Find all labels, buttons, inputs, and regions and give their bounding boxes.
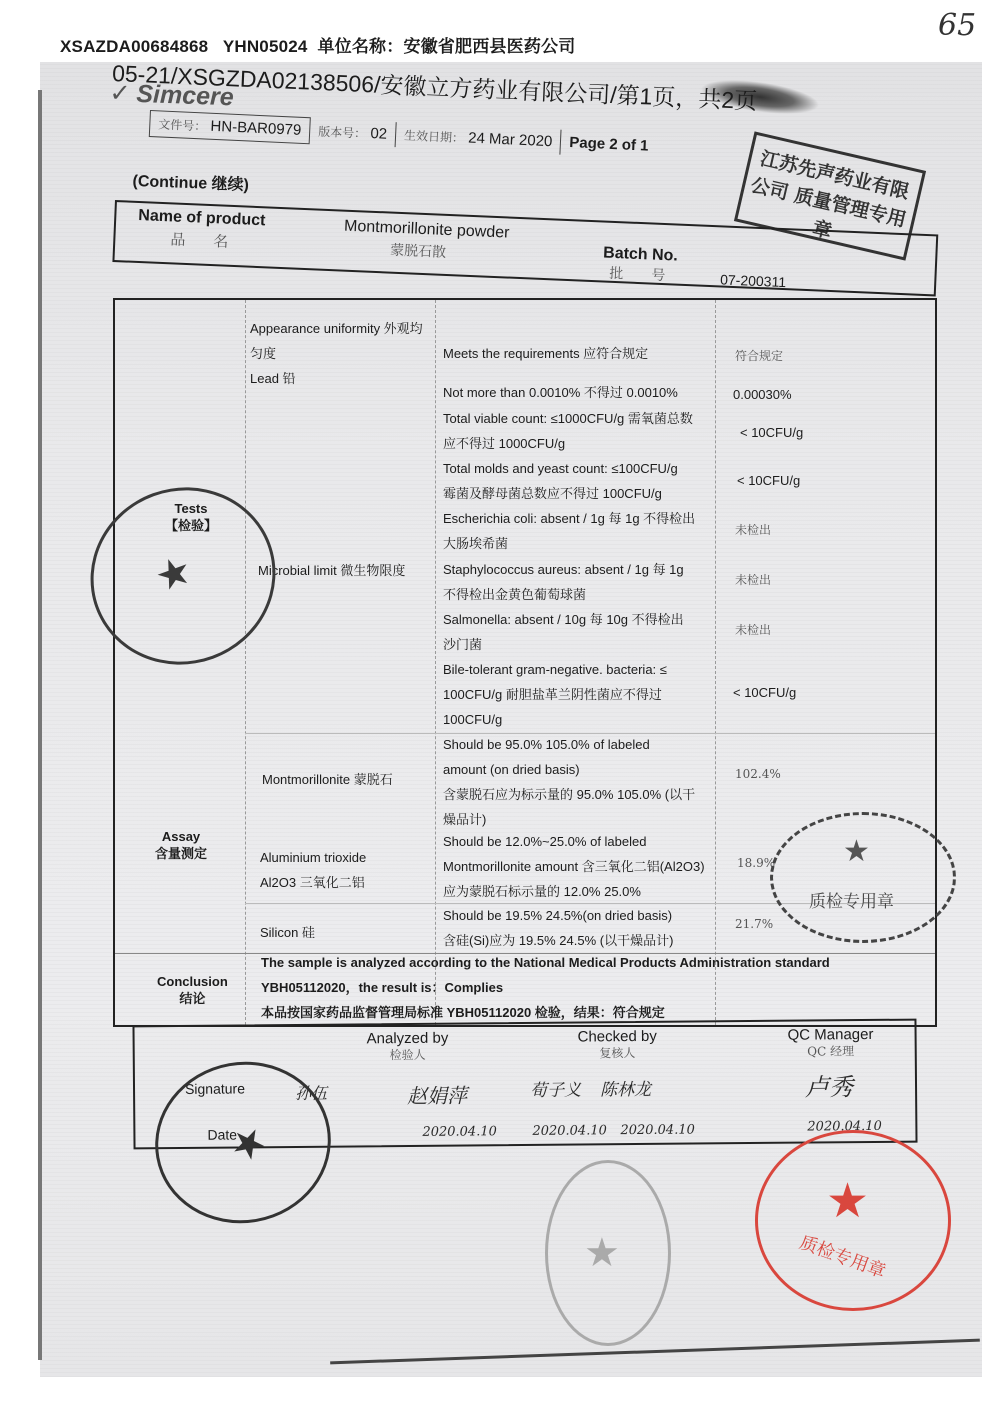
assay-result: 21.7% (735, 912, 773, 937)
continue-label: (Continue 继续) (132, 168, 249, 195)
test-result: 符合规定 (735, 344, 783, 369)
test-standard: 100CFU/g (443, 707, 502, 732)
page-indicator: Page 2 of 1 (561, 130, 657, 159)
assay-item: Al2O3 三氧化二铝 (260, 870, 365, 895)
assay-standard: 应为蒙脱石标示量的 12.0% 25.0% (443, 879, 641, 904)
product-name: Montmorillonite powder (344, 218, 510, 243)
batch-number: 07-200311 (720, 271, 787, 290)
top-banner: XSAZDA00684868 YHN05024 单位名称：安徽省肥西县医药公司 (60, 32, 575, 57)
test-standard: 不得检出金黄色葡萄球菌 (443, 582, 586, 607)
product-name-label: Name of product (138, 207, 266, 230)
test-result: 未检出 (735, 618, 771, 643)
test-standard: 100CFU/g 耐胆盐革兰阴性菌应不得过 (443, 682, 662, 707)
version: 版本号： 02 (310, 118, 397, 147)
banner-unit-name: 安徽省肥西县医药公司 (403, 37, 575, 56)
assay-standard: Should be 12.0%~25.0% of labeled (443, 829, 646, 854)
simcere-logo: ✓Simcere (109, 78, 234, 112)
test-result: 未检出 (735, 568, 771, 593)
test-result: < 10CFU/g (737, 468, 800, 493)
batch-label-cn: 批号 (609, 263, 694, 287)
test-item: Lead 铅 (250, 366, 296, 391)
divider (715, 300, 716, 1025)
test-result: 0.00030% (733, 382, 792, 407)
conclusion-line: The sample is analyzed according to the … (261, 950, 830, 975)
assay-standard: Should be 95.0% 105.0% of labeled (443, 732, 650, 757)
test-standard: 沙门菌 (443, 632, 482, 657)
star-icon: ★ (150, 549, 197, 599)
assay-result: 102.4% (735, 762, 781, 787)
assay-item: Aluminium trioxide (260, 845, 366, 870)
test-item: Appearance uniformity 外观均匀度 (250, 316, 430, 366)
assay-item: Montmorillonite 蒙脱石 (262, 767, 393, 792)
product-name-label-cn: 品名 (170, 228, 257, 253)
handwritten-page-number: 65 (938, 8, 976, 43)
test-standard: Salmonella: absent / 10g 每 10g 不得检出 (443, 607, 684, 632)
qc-manager-header: QC ManagerQC 经理 (788, 1027, 874, 1060)
signature: 赵娟萍 (407, 1080, 467, 1110)
assay-standard: 含蒙脱石应为标示量的 95.0% 105.0% (以干 (443, 782, 695, 807)
star-icon: ★ (227, 1121, 269, 1167)
assay-standard: amount (on dried basis) (443, 757, 580, 782)
scan-edge (38, 90, 42, 1360)
test-standard: 应不得过 1000CFU/g (443, 431, 565, 456)
test-standard: Total viable count: ≤1000CFU/g 需氧菌总数 (443, 406, 693, 431)
test-standard: Staphylococcus aureus: absent / 1g 每 1g (443, 557, 684, 582)
star-icon: ★ (584, 1233, 620, 1273)
divider (435, 300, 436, 1025)
conclusion-label: Conclusion结论 (157, 973, 228, 1007)
qc-stamp: ★ 质检专用章 (770, 812, 956, 943)
brand-name: Simcere (136, 80, 234, 111)
analyzed-by-header: Analyzed by检验人 (367, 1031, 449, 1064)
test-standard: 霉菌及酵母菌总数应不得过 100CFU/g (443, 481, 662, 506)
date: 2020.04.10 (422, 1124, 497, 1140)
logo-mark-icon: ✓ (109, 79, 131, 108)
test-result: 未检出 (735, 518, 771, 543)
red-qc-stamp: ★ 质检专用章 (755, 1130, 951, 1311)
banner-unit-code: YHN05024 (223, 37, 308, 56)
test-result: < 10CFU/g (733, 680, 796, 705)
test-standard: Total molds and yeast count: ≤100CFU/g (443, 456, 678, 481)
signature: 荀子义 (530, 1076, 581, 1101)
test-item: Microbial limit 微生物限度 (258, 558, 405, 583)
date: 2020.04.10 (532, 1123, 607, 1139)
checked-by-header: Checked by复核人 (578, 1029, 657, 1062)
signature: 卢秀 (805, 1067, 853, 1102)
banner-unit-label: 单位名称： (317, 37, 403, 56)
banner-code: XSAZDA00684868 (60, 37, 208, 56)
product-name-cn: 蒙脱石散 (390, 240, 447, 262)
conclusion-line: YBH05112020，the result is：Complies (261, 975, 503, 1000)
star-icon: ★ (843, 837, 870, 867)
test-standard: Escherichia coli: absent / 1g 每 1g 不得检出 (443, 506, 695, 531)
assay-standard: Should be 19.5% 24.5%(on dried basis) (443, 903, 672, 928)
assay-label: Assay含量测定 (155, 828, 207, 862)
signature: 陈林龙 (600, 1075, 651, 1100)
qc-stamp-text: 质检专用章 (809, 887, 894, 912)
test-standard: Not more than 0.0010% 不得过 0.0010% (443, 380, 678, 405)
test-standard: 大肠埃希菌 (443, 531, 508, 556)
assay-standard: Montmorillonite amount 含三氧化二铝(Al2O3) (443, 854, 705, 879)
assay-item: Silicon 硅 (260, 920, 315, 945)
test-standard: Meets the requirements 应符合规定 (443, 341, 648, 366)
date: 2020.04.10 (620, 1123, 695, 1139)
divider (245, 300, 246, 1025)
red-stamp-text: 质检专用章 (796, 1228, 889, 1283)
test-result: < 10CFU/g (740, 420, 803, 445)
test-standard: Bile-tolerant gram-negative. bacteria: ≤ (443, 657, 667, 682)
gray-company-stamp: ★ (545, 1160, 671, 1346)
star-icon: ★ (826, 1178, 869, 1226)
